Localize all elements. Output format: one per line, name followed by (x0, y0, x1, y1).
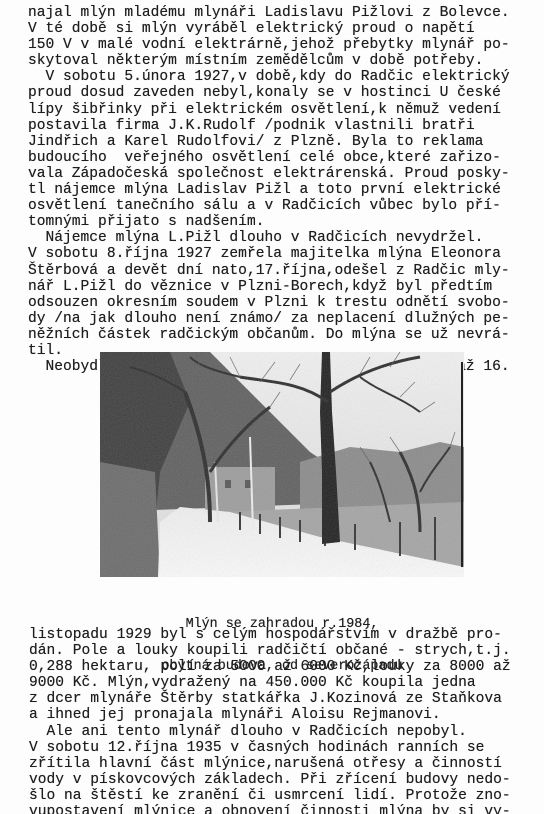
text-line: postavila firma J.K.Rudolf /podnik vlast… (28, 118, 510, 134)
text-line: V sobotu 5.února 1927,v době,kdy do Radč… (28, 69, 510, 85)
text-line: a ihned jej pronajala mlynáři Aloisu Rej… (29, 707, 511, 723)
text-line: tl nájemce mlýna Ladislav Pižl a toto pr… (28, 182, 510, 198)
text-line: 150 V v malé vodní elektrárně,jehož přeb… (28, 37, 510, 53)
text-line: listopadu 1929 byl s celým hospodářstvím… (29, 627, 511, 643)
text-line: tomnými přijato s nadšením. (28, 214, 510, 230)
text-line: vupostavení mlýnice a obnovení činnosti … (29, 804, 511, 814)
text-line: zřítila hlavní část mlýnice,narušená otř… (29, 756, 511, 772)
text-line: dán. Pole a louky koupili radčičtí občan… (29, 643, 511, 659)
text-line: Štěrbová a devět dní nato,17.října,odeše… (28, 263, 510, 279)
text-line: Nájemce mlýna L.Pižl dlouho v Radčicích … (28, 230, 510, 246)
text-line: vody v pískovcových základech. Při zříce… (29, 772, 511, 788)
text-line: osvětlení tanečního sálu a v Radčicích v… (28, 198, 510, 214)
text-line: skytoval některým místním zemědělcům v d… (28, 53, 510, 69)
text-line: V sobotu 12.října 1935 v časných hodinác… (29, 740, 511, 756)
text-line: vala Západočeská společnost elektrárensk… (28, 166, 510, 182)
text-line: najal mlýn mladému mlynáři Ladislavu Piž… (28, 5, 510, 21)
text-line: dy /na jak dlouho není známo/ za neplace… (28, 311, 510, 327)
text-line: 0,288 hektaru, polí za 5000 až 6000 Kč,l… (29, 659, 511, 675)
text-line: lípy šibřinky při elektrickém osvětlení,… (28, 102, 510, 118)
text-line: odsouzen okresním soudem v Plzni k trest… (28, 295, 510, 311)
text-line: Ale ani tento mlynář dlouho v Radčicích … (29, 724, 511, 740)
text-line: z dcer mlynáře Štěrby statkářka J.Kozino… (29, 691, 511, 707)
text-line: Jindřich a Karel Rudolfovi/ z Plzně. Byl… (28, 134, 510, 150)
text-line: budoucího veřejného osvětlení celé obce,… (28, 150, 510, 166)
text-line: nář L.Pižl do věznice v Plzni-Borech,kdy… (28, 279, 510, 295)
text-line: 9000 Kč. Mlýn,vydražený na 450.000 Kč ko… (29, 675, 511, 691)
text-line: šlo na štěstí ke zranění či usmrcení lid… (29, 788, 511, 804)
mill-garden-photo (100, 352, 464, 577)
text-block-bottom: listopadu 1929 byl s celým hospodářstvím… (29, 627, 511, 814)
text-line: něžních částek radčickým občanům. Do mlý… (28, 327, 510, 343)
text-line: proud dosud zaveden nebyl,konaly se v ho… (28, 85, 510, 101)
document-page: najal mlýn mladému mlynáři Ladislavu Piž… (0, 0, 544, 814)
text-line: V sobotu 8.října 1927 zemřela majitelka … (28, 246, 510, 262)
text-block-top: najal mlýn mladému mlynáři Ladislavu Piž… (28, 5, 510, 375)
text-line: V té době si mlýn vyráběl elektrický pro… (28, 21, 510, 37)
